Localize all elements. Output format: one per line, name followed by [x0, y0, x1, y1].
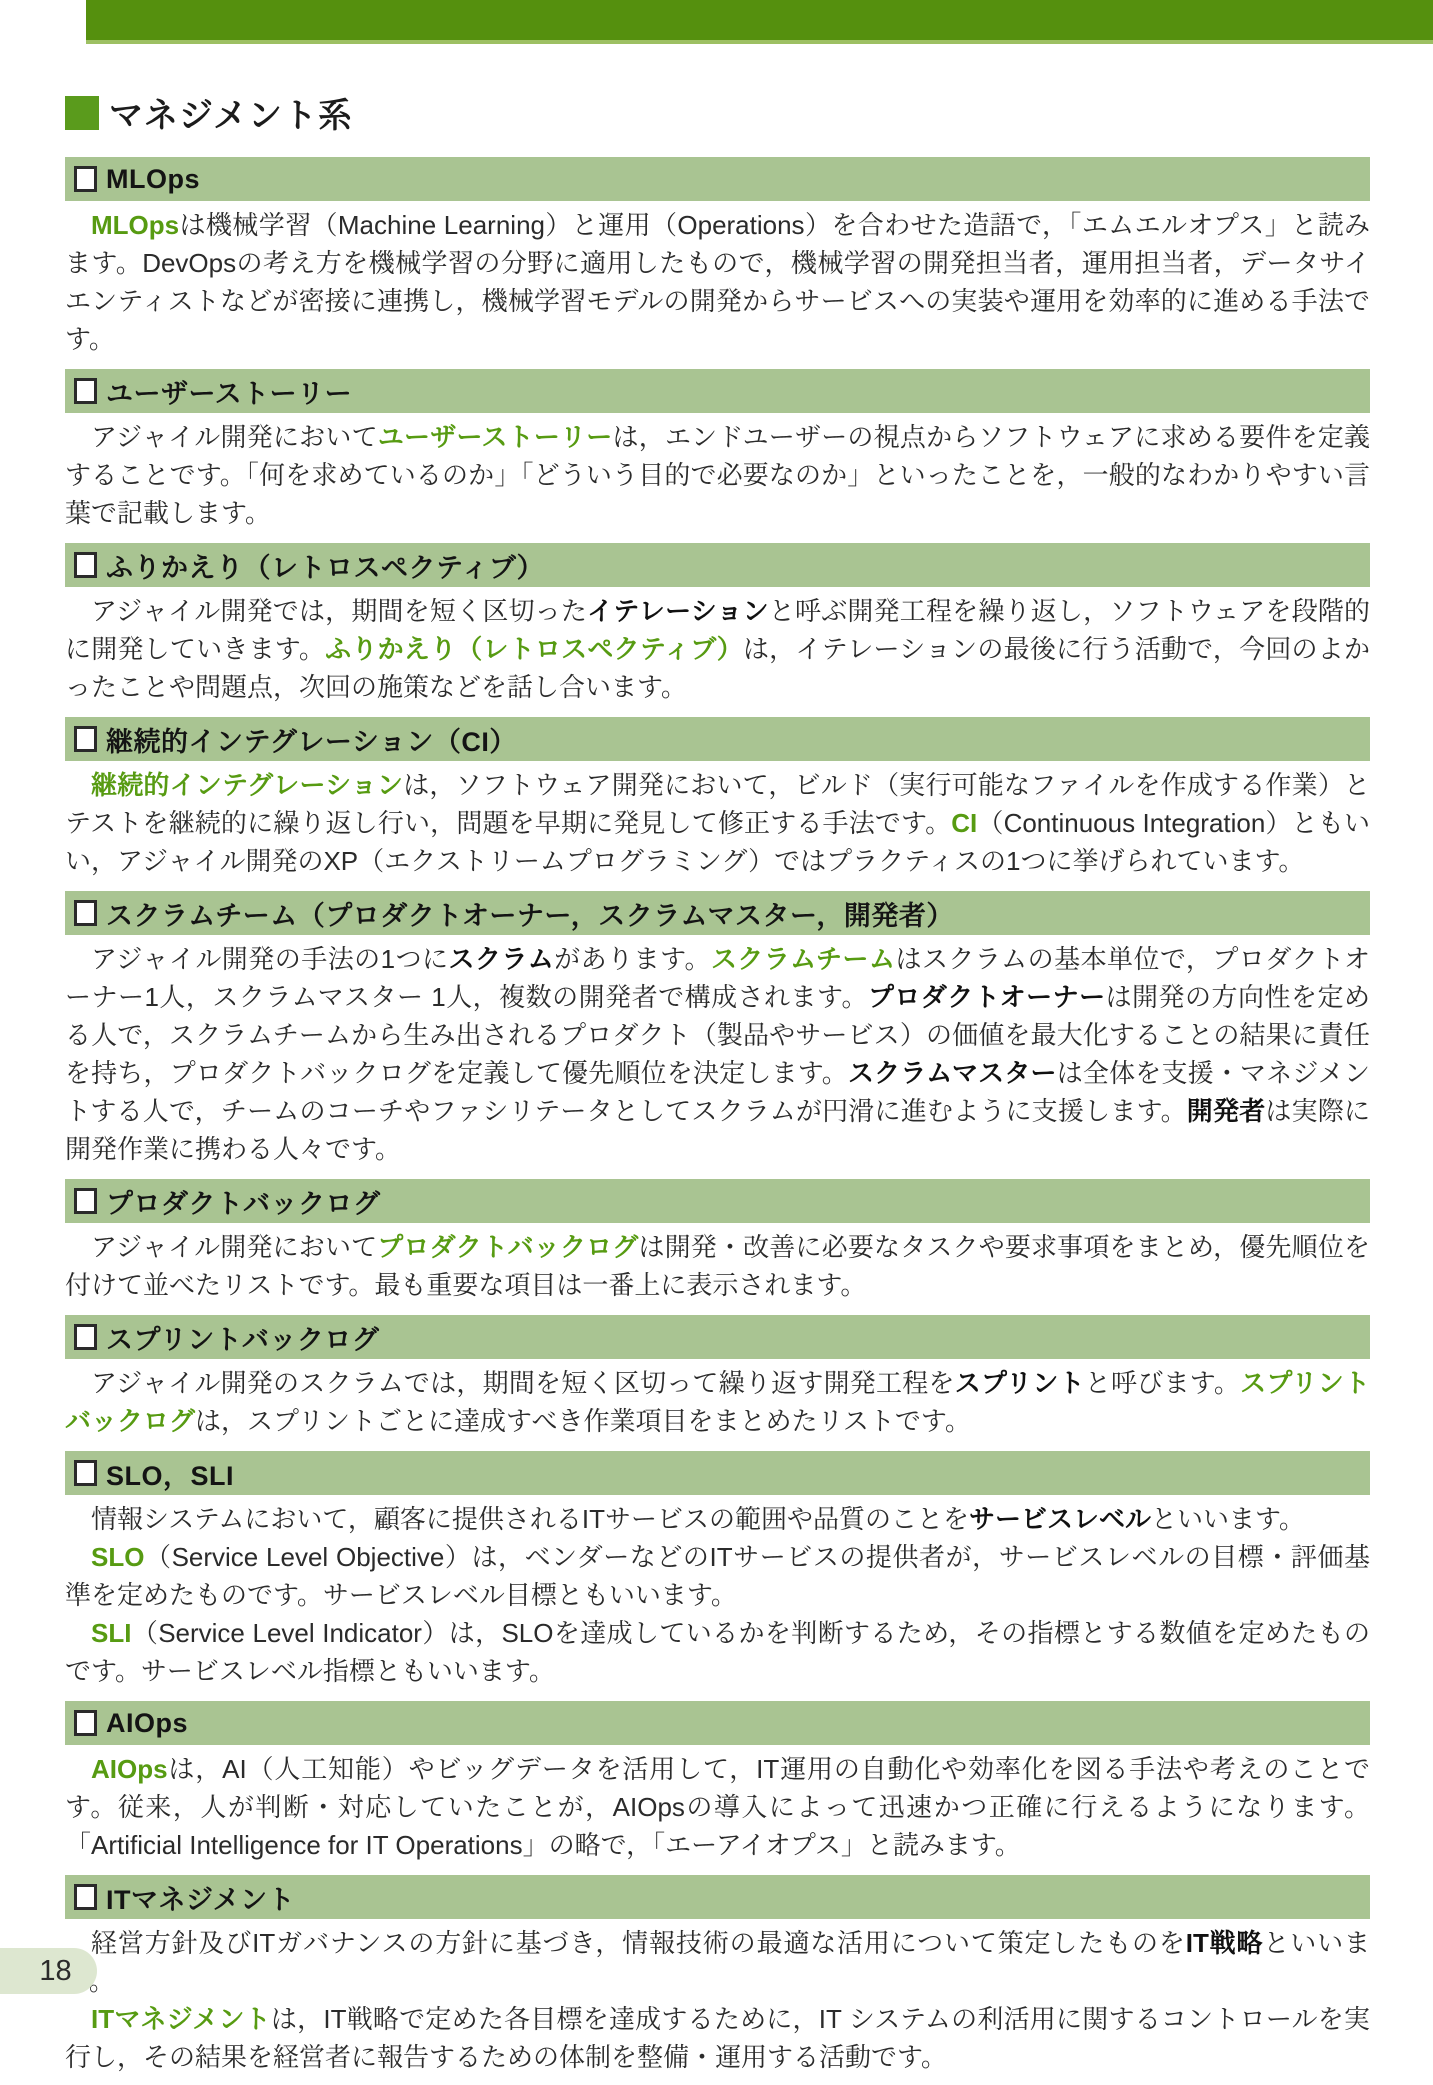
- section-header: ふりかえり（レトロスペクティブ）: [65, 543, 1370, 587]
- section-body: AIOpsは，AI（人工知能）やビッグデータを活用して，IT運用の自動化や効率化…: [65, 1745, 1370, 1873]
- section-title: ふりかえり（レトロスペクティブ）: [106, 546, 544, 585]
- section-paragraph: 継続的インテグレーションは，ソフトウェア開発において，ビルド（実行可能なファイル…: [65, 766, 1370, 880]
- text-run: は，スプリントごとに達成すべき作業項目をまとめたリストです。: [195, 1406, 971, 1436]
- keyword-bold: イテレーション: [587, 596, 769, 626]
- section-body: アジャイル開発の手法の1つにスクラムがあります。スクラムチームはスクラムの基本単…: [65, 935, 1370, 1177]
- section-header: AIOps: [65, 1701, 1370, 1745]
- section-header: スクラムチーム（プロダクトオーナー，スクラムマスター，開発者）: [65, 891, 1370, 935]
- keyword-green: プロダクトバックログ: [377, 1232, 638, 1262]
- section-title: AIOps: [106, 1708, 188, 1739]
- page-number: 18: [39, 1955, 71, 1988]
- checkbox-icon: [74, 166, 97, 192]
- section-paragraph: MLOpsは機械学習（Machine Learning）と運用（Operatio…: [65, 206, 1370, 358]
- checkbox-icon: [74, 900, 97, 926]
- section-paragraph: アジャイル開発のスクラムでは，期間を短く区切って繰り返す開発工程をスプリントと呼…: [65, 1364, 1370, 1440]
- checkbox-icon: [74, 552, 97, 578]
- section-header: ITマネジメント: [65, 1875, 1370, 1919]
- keyword-green: MLOps: [91, 210, 179, 240]
- checkbox-icon: [74, 378, 97, 404]
- keyword-green: SLI: [91, 1618, 131, 1648]
- keyword-bold: スクラム: [449, 944, 555, 974]
- page-title: マネジメント系: [65, 88, 1370, 137]
- text-run: アジャイル開発において: [91, 422, 378, 452]
- term-section: プロダクトバックログ アジャイル開発においてプロダクトバックログは開発・改善に必…: [65, 1179, 1370, 1313]
- checkbox-icon: [74, 1188, 97, 1214]
- content-area: マネジメント系 MLOps MLOpsは機械学習（Machine Learnin…: [65, 88, 1370, 2024]
- section-header: スプリントバックログ: [65, 1315, 1370, 1359]
- section-body: 情報システムにおいて，顧客に提供されるITサービスの範囲や品質のことをサービスレ…: [65, 1495, 1370, 1699]
- text-run: アジャイル開発の手法の1つに: [91, 944, 449, 974]
- term-section: ふりかえり（レトロスペクティブ） アジャイル開発では，期間を短く区切ったイテレー…: [65, 543, 1370, 715]
- section-header: 継続的インテグレーション（CI）: [65, 717, 1370, 761]
- text-run: があります。: [554, 944, 711, 974]
- keyword-bold: サービスレベル: [969, 1504, 1151, 1534]
- term-section: スプリントバックログ アジャイル開発のスクラムでは，期間を短く区切って繰り返す開…: [65, 1315, 1370, 1449]
- keyword-green: スクラムチーム: [711, 944, 896, 974]
- section-body: 経営方針及びITガバナンスの方針に基づき，情報技術の最適な活用について策定したも…: [65, 1919, 1370, 2024]
- term-section: ユーザーストーリー アジャイル開発においてユーザーストーリーは，エンドユーザーの…: [65, 369, 1370, 541]
- keyword-bold: スクラムマスター: [848, 1058, 1057, 1088]
- section-title: MLOps: [106, 164, 200, 195]
- section-paragraph: アジャイル開発においてユーザーストーリーは，エンドユーザーの視点からソフトウェア…: [65, 418, 1370, 532]
- keyword-green: CI: [951, 808, 977, 838]
- top-banner: [86, 0, 1433, 44]
- keyword-bold: プロダクトオーナー: [868, 982, 1106, 1012]
- keyword-green: SLO: [91, 1542, 144, 1572]
- keyword-bold: IT戦略: [1186, 1928, 1264, 1958]
- text-run: 情報システムにおいて，顧客に提供されるITサービスの範囲や品質のことを: [91, 1504, 969, 1534]
- term-section: SLO，SLI 情報システムにおいて，顧客に提供されるITサービスの範囲や品質の…: [65, 1451, 1370, 1699]
- section-paragraph: アジャイル開発の手法の1つにスクラムがあります。スクラムチームはスクラムの基本単…: [65, 940, 1370, 1168]
- checkbox-icon: [74, 726, 97, 752]
- section-paragraph: AIOpsは，AI（人工知能）やビッグデータを活用して，IT運用の自動化や効率化…: [65, 1750, 1370, 1864]
- keyword-green: 継続的インテグレーション: [91, 770, 403, 800]
- section-title: プロダクトバックログ: [106, 1182, 380, 1221]
- text-run: （Service Level Indicator）は，SLOを達成しているかを判…: [65, 1618, 1370, 1686]
- checkbox-icon: [74, 1710, 97, 1736]
- section-title: ユーザーストーリー: [106, 372, 352, 411]
- checkbox-icon: [74, 1884, 97, 1910]
- section-title: ITマネジメント: [106, 1878, 295, 1917]
- term-section: スクラムチーム（プロダクトオーナー，スクラムマスター，開発者） アジャイル開発の…: [65, 891, 1370, 1177]
- term-section: AIOps AIOpsは，AI（人工知能）やビッグデータを活用して，IT運用の自…: [65, 1701, 1370, 1873]
- section-title: SLO，SLI: [106, 1454, 234, 1493]
- keyword-green: AIOps: [91, 1754, 168, 1784]
- section-title: スクラムチーム（プロダクトオーナー，スクラムマスター，開発者）: [106, 894, 954, 933]
- keyword-green: ITマネジメント: [91, 2004, 271, 2024]
- section-paragraph: SLI（Service Level Indicator）は，SLOを達成している…: [65, 1614, 1370, 1690]
- section-header: SLO，SLI: [65, 1451, 1370, 1495]
- section-paragraph: ITマネジメントは，IT戦略で定めた各目標を達成するために，IT システムの利活…: [65, 2000, 1370, 2024]
- sections: MLOps MLOpsは機械学習（Machine Learning）と運用（Op…: [65, 157, 1370, 2024]
- section-paragraph: SLO（Service Level Objective）は，ベンダーなどのITサ…: [65, 1538, 1370, 1614]
- section-paragraph: 情報システムにおいて，顧客に提供されるITサービスの範囲や品質のことをサービスレ…: [65, 1500, 1370, 1538]
- checkbox-icon: [74, 1460, 97, 1486]
- green-square-icon: [65, 96, 99, 130]
- text-run: アジャイル開発では，期間を短く区切った: [91, 596, 587, 626]
- keyword-green: ユーザーストーリー: [378, 422, 613, 452]
- term-section: MLOps MLOpsは機械学習（Machine Learning）と運用（Op…: [65, 157, 1370, 367]
- text-run: 経営方針及びITガバナンスの方針に基づき，情報技術の最適な活用について策定したも…: [91, 1928, 1186, 1958]
- section-paragraph: 経営方針及びITガバナンスの方針に基づき，情報技術の最適な活用について策定したも…: [65, 1924, 1370, 2000]
- page-title-text: マネジメント系: [109, 88, 353, 137]
- section-paragraph: アジャイル開発では，期間を短く区切ったイテレーションと呼ぶ開発工程を繰り返し，ソ…: [65, 592, 1370, 706]
- keyword-green: ふりかえり（レトロスペクティブ）: [325, 634, 743, 664]
- section-title: 継続的インテグレーション（CI）: [106, 720, 517, 759]
- section-paragraph: アジャイル開発においてプロダクトバックログは開発・改善に必要なタスクや要求事項を…: [65, 1228, 1370, 1304]
- page-number-badge: 18: [0, 1948, 97, 1994]
- text-run: アジャイル開発において: [91, 1232, 377, 1262]
- text-run: は，AI（人工知能）やビッグデータを活用して，IT運用の自動化や効率化を図る手法…: [65, 1754, 1370, 1860]
- text-run: と呼びます。: [1085, 1368, 1240, 1398]
- section-body: アジャイル開発においてプロダクトバックログは開発・改善に必要なタスクや要求事項を…: [65, 1223, 1370, 1313]
- section-header: MLOps: [65, 157, 1370, 201]
- section-title: スプリントバックログ: [106, 1318, 379, 1357]
- section-body: MLOpsは機械学習（Machine Learning）と運用（Operatio…: [65, 201, 1370, 367]
- term-section: ITマネジメント 経営方針及びITガバナンスの方針に基づき，情報技術の最適な活用…: [65, 1875, 1370, 2024]
- section-body: 継続的インテグレーションは，ソフトウェア開発において，ビルド（実行可能なファイル…: [65, 761, 1370, 889]
- section-body: アジャイル開発のスクラムでは，期間を短く区切って繰り返す開発工程をスプリントと呼…: [65, 1359, 1370, 1449]
- section-header: ユーザーストーリー: [65, 369, 1370, 413]
- term-section: 継続的インテグレーション（CI） 継続的インテグレーションは，ソフトウェア開発に…: [65, 717, 1370, 889]
- text-run: といいます。: [1151, 1504, 1305, 1534]
- section-header: プロダクトバックログ: [65, 1179, 1370, 1223]
- text-run: アジャイル開発のスクラムでは，期間を短く区切って繰り返す開発工程を: [91, 1368, 955, 1398]
- text-run: は機械学習（Machine Learning）と運用（Operations）を合…: [65, 210, 1370, 354]
- text-run: （Service Level Objective）は，ベンダーなどのITサービス…: [65, 1542, 1370, 1610]
- section-body: アジャイル開発では，期間を短く区切ったイテレーションと呼ぶ開発工程を繰り返し，ソ…: [65, 587, 1370, 715]
- keyword-bold: 開発者: [1187, 1096, 1266, 1126]
- keyword-bold: スプリント: [955, 1368, 1085, 1398]
- section-body: アジャイル開発においてユーザーストーリーは，エンドユーザーの視点からソフトウェア…: [65, 413, 1370, 541]
- checkbox-icon: [74, 1324, 97, 1350]
